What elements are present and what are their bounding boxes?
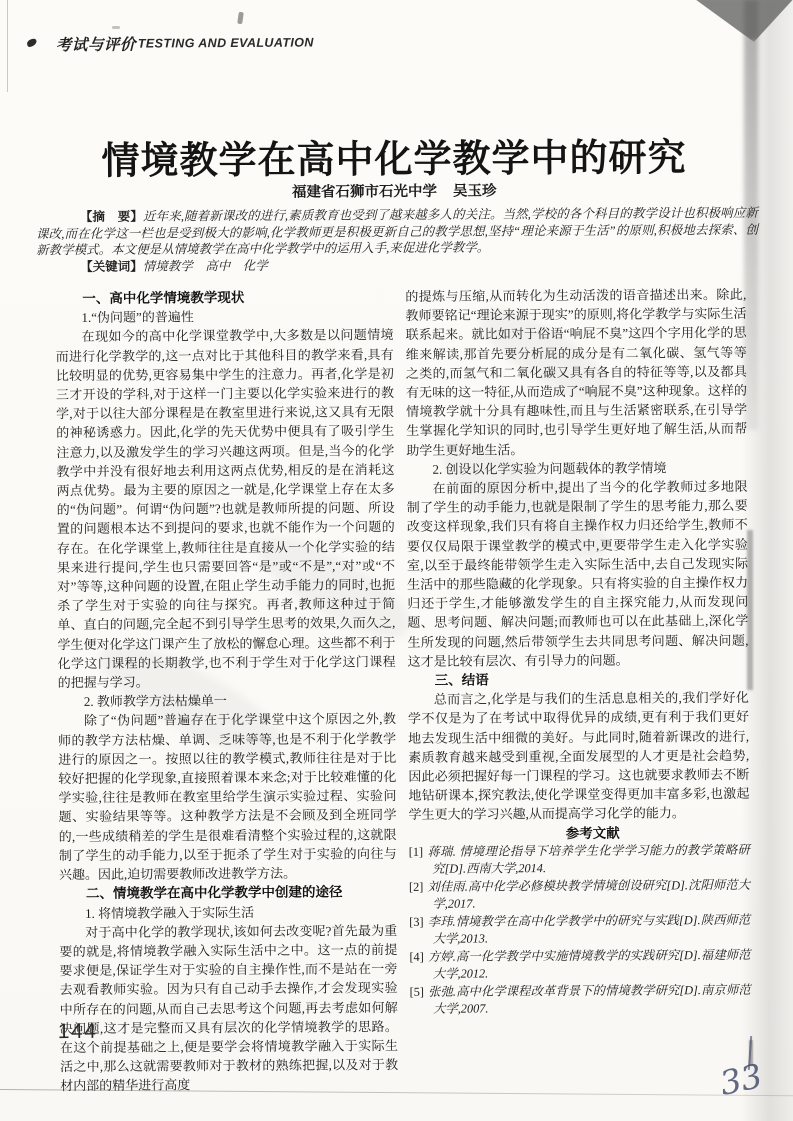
keywords-label: 【关键词】 [80,259,143,273]
author-affiliation: 福建省石狮市石光中学 [292,184,437,201]
references-title: 参考文献 [409,823,750,844]
author-name: 吴玉珍 [453,183,497,199]
reference-text: 李玮.情境教学在高中化学教学中的研究与实践[D].陕西师范大学,2013. [428,913,751,946]
right-column: 的提炼与压缩,从而转化为生动活泼的语音描述出来。除此,教师要铭记“理论来源于现实… [405,285,750,1019]
subsection-heading-1-2: 2. 教师教学方法枯燥单一 [58,690,396,711]
subsection-heading-1-1: 1.“伪问题”的普遍性 [55,306,393,327]
journal-logo-mark-icon [26,38,38,48]
reference-label: [4] [409,950,423,964]
abstract-label: 【摘 要】 [80,210,143,224]
keywords-text: 情境教学 高中 化学 [143,258,268,273]
journal-page: 考试与评价 TESTING AND EVALUATION 情境教学在高中化学教学… [0,0,793,1121]
abstract-block: 【摘 要】近年来,随着新课改的进行,素质教育也受到了越来越多人的关注。当然,学校… [36,205,758,275]
reference-label: [2] [409,880,423,894]
paragraph-continuation: 的提炼与压缩,从而转化为生动活泼的语音描述出来。除此,教师要铭记“理论来源于现实… [405,285,747,460]
reference-label: [1] [409,845,423,859]
page-content: 考试与评价 TESTING AND EVALUATION 情境教学在高中化学教学… [0,0,793,1121]
reference-text: 张弛.高中化学课程改革背景下的情境教学研究[D].南京师范大学,2007. [428,983,751,1016]
references-list: [1]蒋瑞. 情境理论指导下培养学生化学学习能力的教学策略研究[D].西南大学,… [409,842,751,1019]
journal-logo: 考试与评价 [56,33,136,55]
paragraph: 对于高中化学的教学现状,该如何去改变呢?首先最为重要的就是,将情境教学融入实际生… [59,921,398,1096]
journal-logo-english: TESTING AND EVALUATION [138,35,314,50]
abstract-text: 近年来,随着新课改的进行,素质教育也受到了越来越多人的关注。当然,学校的各个科目… [36,206,758,257]
section-heading-1: 一、高中化学情境教学现状 [55,287,393,308]
subsection-heading-2-1: 1. 将情境教学融入于实际生活 [59,902,397,923]
reference-item: [4]方婷.高一化学教学中实施情境教学的实践研究[D].福建师范大学,2012. [409,947,750,984]
reference-label: [5] [410,985,424,999]
page-number: 144 [58,1020,98,1044]
reference-text: 蒋瑞. 情境理论指导下培养学生化学学习能力的教学策略研究[D].西南大学,201… [427,843,750,876]
article-title: 情境教学在高中化学教学中的研究 [0,126,791,186]
paragraph: 在现如今的高中化学课堂教学中,大多数是以问题情境而进行化学教学的,这一点对比于其… [56,325,396,692]
paragraph: 总而言之,化学是与我们的生活息息相关的,我们学好化学不仅是为了在考试中取得优异的… [408,688,750,825]
reference-item: [3]李玮.情境教学在高中化学教学中的研究与实践[D].陕西师范大学,2013. [409,912,750,949]
byline: 福建省石狮市石光中学吴玉珍 [0,178,791,204]
reference-item: [1]蒋瑞. 情境理论指导下培养学生化学学习能力的教学策略研究[D].西南大学,… [409,842,750,879]
paragraph: 除了“伪问题”普遍存在于化学课堂中这个原因之外,教师的教学方法枯燥、单调、乏味等… [58,709,397,884]
reference-label: [3] [409,915,423,929]
abstract: 【摘 要】近年来,随着新课改的进行,素质教育也受到了越来越多人的关注。当然,学校… [36,205,758,259]
paragraph: 在前面的原因分析中,提出了当今的化学教师过多地限制了学生的动手能力,也就是限制了… [407,477,749,671]
reference-item: [5]张弛.高中化学课程改革背景下的情境教学研究[D].南京师范大学,2007. [410,982,751,1019]
section-heading-3: 三、结语 [408,669,749,690]
reference-text: 刘佳雨.高中化学必修模块教学情境创设研究[D].沈阳师范大学,2017. [427,878,750,911]
section-heading-2: 二、情境教学在高中化学教学中创建的途径 [59,882,397,903]
reference-text: 方婷.高一化学教学中实施情境教学的实践研究[D].福建师范大学,2012. [428,948,751,981]
subsection-heading-2-2: 2. 创设以化学实验为问题载体的教学情境 [406,458,747,479]
left-column: 一、高中化学情境教学现状 1.“伪问题”的普遍性 在现如今的高中化学课堂教学中,… [55,287,398,1096]
reference-item: [2]刘佳雨.高中化学必修模块教学情境创设研究[D].沈阳师范大学,2017. [409,877,750,914]
